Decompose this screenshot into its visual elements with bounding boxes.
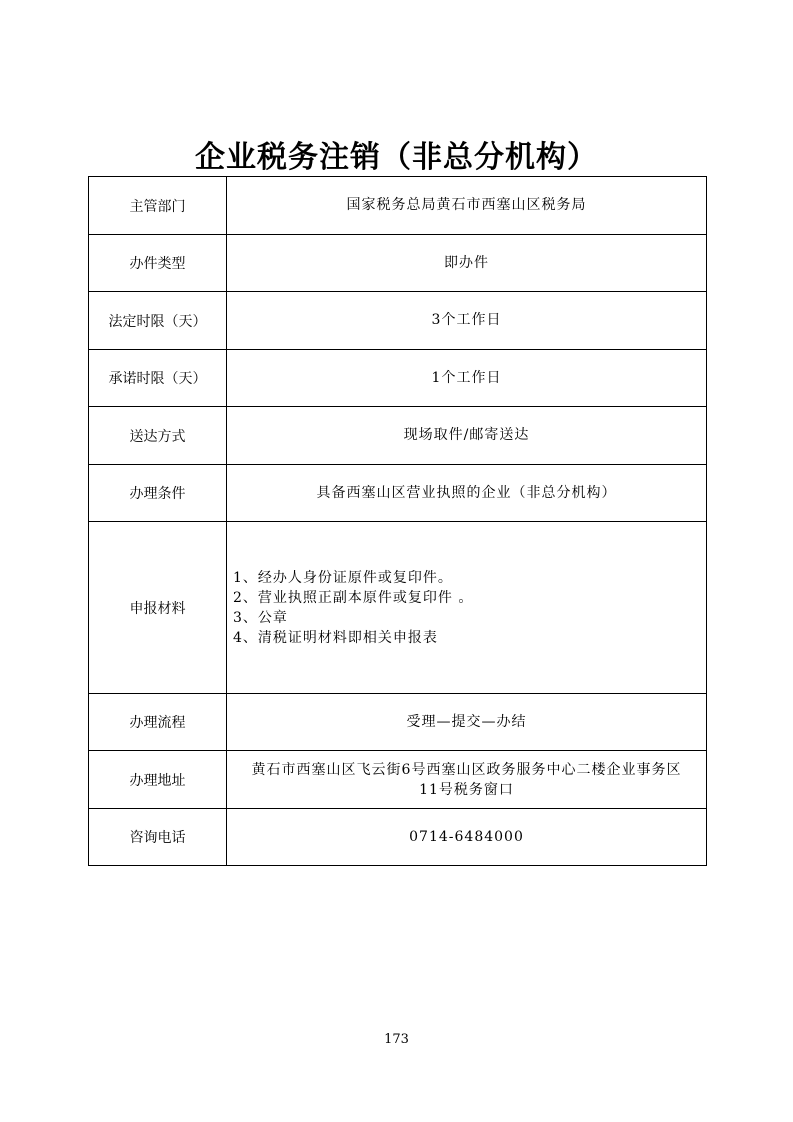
material-item: 4、清税证明材料即相关申报表 <box>233 628 706 648</box>
address-line-2: 11号税务窗口 <box>227 780 706 800</box>
row-label: 办理流程 <box>89 694 227 751</box>
table-row-department: 主管部门 国家税务总局黄石市西塞山区税务局 <box>89 177 707 235</box>
table-row-promised-time-limit: 承诺时限（天） 1个工作日 <box>89 350 707 407</box>
row-label: 咨询电话 <box>89 809 227 866</box>
materials-list: 1、经办人身份证原件或复印件。 2、营业执照正副本原件或复印件 。 3、公章 4… <box>227 522 707 694</box>
row-value: 即办件 <box>227 235 707 292</box>
row-label: 送达方式 <box>89 407 227 465</box>
row-value: 具备西塞山区营业执照的企业（非总分机构） <box>227 465 707 522</box>
material-item: 2、营业执照正副本原件或复印件 。 <box>233 588 706 608</box>
table-row-case-type: 办件类型 即办件 <box>89 235 707 292</box>
row-value: 现场取件/邮寄送达 <box>227 407 707 465</box>
row-value: 0714-6484000 <box>227 809 707 866</box>
row-value: 1个工作日 <box>227 350 707 407</box>
table-row-legal-time-limit: 法定时限（天） 3个工作日 <box>89 292 707 350</box>
table-row-phone: 咨询电话 0714-6484000 <box>89 809 707 866</box>
table-row-delivery-method: 送达方式 现场取件/邮寄送达 <box>89 407 707 465</box>
service-info-table: 主管部门 国家税务总局黄石市西塞山区税务局 办件类型 即办件 法定时限（天） 3… <box>88 176 707 866</box>
row-value: 受理—提交—办结 <box>227 694 707 751</box>
row-value: 国家税务总局黄石市西塞山区税务局 <box>227 177 707 235</box>
row-value-address: 黄石市西塞山区飞云街6号西塞山区政务服务中心二楼企业事务区 11号税务窗口 <box>227 751 707 809</box>
row-label: 承诺时限（天） <box>89 350 227 407</box>
material-item: 3、公章 <box>233 608 706 628</box>
row-label: 办件类型 <box>89 235 227 292</box>
document-title: 企业税务注销（非总分机构） <box>0 138 793 178</box>
row-label: 办理条件 <box>89 465 227 522</box>
row-label: 主管部门 <box>89 177 227 235</box>
table-row-address: 办理地址 黄石市西塞山区飞云街6号西塞山区政务服务中心二楼企业事务区 11号税务… <box>89 751 707 809</box>
table-row-conditions: 办理条件 具备西塞山区营业执照的企业（非总分机构） <box>89 465 707 522</box>
row-value: 3个工作日 <box>227 292 707 350</box>
material-item: 1、经办人身份证原件或复印件。 <box>233 568 706 588</box>
address-line-1: 黄石市西塞山区飞云街6号西塞山区政务服务中心二楼企业事务区 <box>227 760 706 780</box>
page-number: 173 <box>0 1032 793 1047</box>
table-row-materials: 申报材料 1、经办人身份证原件或复印件。 2、营业执照正副本原件或复印件 。 3… <box>89 522 707 694</box>
row-label: 法定时限（天） <box>89 292 227 350</box>
row-label: 申报材料 <box>89 522 227 694</box>
row-label: 办理地址 <box>89 751 227 809</box>
table-row-process: 办理流程 受理—提交—办结 <box>89 694 707 751</box>
